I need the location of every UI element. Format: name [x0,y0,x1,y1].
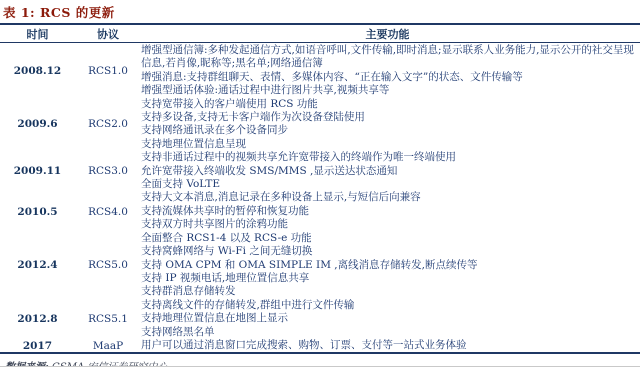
feature-line: 支持 OMA CPM 和 OMA SIMPLE IM ,离线消息存储转发,断点续… [141,259,634,272]
table-header-row: 时间 协议 主要功能 [0,25,640,42]
feature-line: 支持流媒体共享时的暂停和恢复功能 [141,205,634,218]
features-cell: 增强型通信簿:多种发起通信方式,如语音呼叫,文件传输,即时消息;显示联系人业务能… [141,44,640,98]
protocol-cell: RCS3.0 [75,165,141,177]
feature-line: 支持宽带接入的客户端使用 RCS 功能 [141,98,634,111]
table-row: 2017 MaaP 用户可以通过消息窗口完成搜索、购物、订票、支付等一站式业务体… [0,339,640,352]
time-cell: 2010.5 [0,206,75,218]
feature-line: 支持窝蜂网络与 Wi-Fi 之间无缝切换 [141,245,634,258]
features-cell: 支持大文本消息,消息记录在多种设备上显示,与短信后向兼容 支持流媒体共享时的暂停… [141,191,640,231]
table-body: 2008.12 RCS1.0 增强型通信簿:多种发起通信方式,如语音呼叫,文件传… [0,43,640,352]
header-protocol: 协议 [75,26,141,42]
feature-line: 支持多设备,支持无卡客户端作为次设备登陆使用 [141,111,634,124]
time-cell: 2009.6 [0,118,75,130]
features-cell: 支持离线文件的存储转发,群组中进行文件传输 支持地理位置信息在地图上显示 支持网… [141,299,640,339]
feature-line: 全面整合 RCS1-4 以及 RCS-e 功能 [141,232,634,245]
feature-line: 增强型通信簿:多种发起通信方式,如语音呼叫,文件传输,即时消息;显示联系人业务能… [141,44,634,71]
feature-line: 支持非通话过程中的视频共享允许宽带接入的终端作为唯一终端使用 [141,151,634,164]
protocol-cell: RCS5.0 [75,259,141,271]
protocol-cell: RCS5.1 [75,313,141,325]
protocol-cell: RCS4.0 [75,206,141,218]
table-row: 2009.6 RCS2.0 支持宽带接入的客户端使用 RCS 功能 支持多设备,… [0,98,640,152]
table-row: 2008.12 RCS1.0 增强型通信簿:多种发起通信方式,如语音呼叫,文件传… [0,44,640,98]
time-cell: 2017 [0,340,75,352]
features-cell: 支持宽带接入的客户端使用 RCS 功能 支持多设备,支持无卡客户端作为次设备登陆… [141,98,640,152]
feature-line: 增强型通话体验:通话过程中进行图片共享,视频共享等 [141,84,634,97]
table-row: 2012.8 RCS5.1 支持离线文件的存储转发,群组中进行文件传输 支持地理… [0,299,640,339]
header-time: 时间 [0,26,75,42]
feature-line: 支持网络通讯录在多个设备同步 [141,124,634,137]
feature-line: 支持离线文件的存储转发,群组中进行文件传输 [141,299,634,312]
table-row: 2010.5 RCS4.0 支持大文本消息,消息记录在多种设备上显示,与短信后向… [0,191,640,231]
table-row: 2009.11 RCS3.0 支持非通话过程中的视频共享允许宽带接入的终端作为唯… [0,151,640,191]
feature-line: 全面支持 VoLTE [141,178,634,191]
time-cell: 2012.8 [0,313,75,325]
features-cell: 用户可以通过消息窗口完成搜索、购物、订票、支付等一站式业务体验 [141,339,640,352]
source-note-text: GSMA,安信证券研究中心 [52,362,167,367]
feature-line: 支持地理位置信息在地图上显示 [141,312,634,325]
table-row: 2012.4 RCS5.0 全面整合 RCS1-4 以及 RCS-e 功能 支持… [0,232,640,299]
feature-line: 增强消息:支持群组聊天、表情、多媒体内容、“正在输入文字”的状态、文件传输等 [141,71,634,84]
feature-line: 支持群消息存储转发 [141,285,634,298]
time-cell: 2012.4 [0,259,75,271]
protocol-cell: RCS2.0 [75,118,141,130]
report-table-page: 表 1: RCS 的更新 时间 协议 主要功能 2008.12 RCS1.0 增… [0,0,640,367]
feature-line: 允许宽带接入终端收发 SMS/MMS ,显示送达状态通知 [141,165,634,178]
feature-line: 用户可以通过消息窗口完成搜索、购物、订票、支付等一站式业务体验 [141,339,634,352]
features-cell: 支持非通话过程中的视频共享允许宽带接入的终端作为唯一终端使用 允许宽带接入终端收… [141,151,640,191]
feature-line: 支持大文本消息,消息记录在多种设备上显示,与短信后向兼容 [141,191,634,204]
time-cell: 2009.11 [0,165,75,177]
feature-line: 支持地理位置信息呈现 [141,138,634,151]
protocol-cell: RCS1.0 [75,65,141,77]
feature-line: 支持双方时共享图片的涂鸦功能 [141,218,634,231]
header-features: 主要功能 [141,26,640,42]
feature-line: 支持 IP 视频电话,地理位置信息共享 [141,272,634,285]
time-cell: 2008.12 [0,65,75,77]
features-cell: 全面整合 RCS1-4 以及 RCS-e 功能 支持窝蜂网络与 Wi-Fi 之间… [141,232,640,299]
page-title: 表 1: RCS 的更新 [0,0,640,23]
source-note-label: 数据来源: [5,362,49,367]
source-note: 数据来源: GSMA,安信证券研究中心 [0,354,640,367]
feature-line: 支持网络黑名单 [141,326,634,339]
protocol-cell: MaaP [75,340,141,352]
